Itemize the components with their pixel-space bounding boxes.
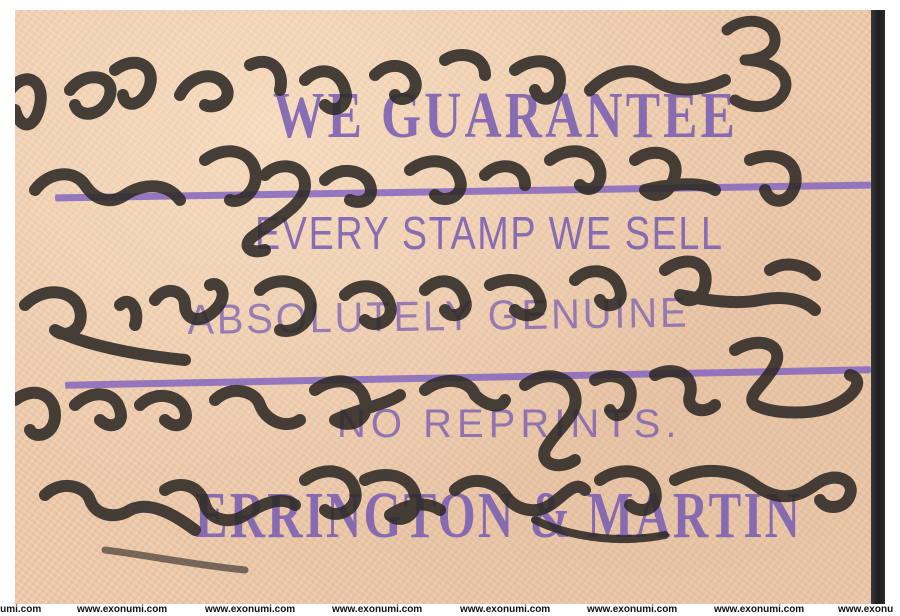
watermark-fragment-leading: numi.com — [0, 604, 41, 615]
watermark-text: www.exonumi.com — [587, 604, 677, 615]
watermark-fragment-trailing: www.exonu — [838, 604, 893, 615]
watermark-text: www.exonumi.com — [205, 604, 295, 615]
watermark-text: www.exonumi.com — [460, 604, 550, 615]
watermark-text: www.exonumi.com — [714, 604, 804, 615]
dark-border-edge — [871, 10, 885, 606]
stamp-paper: WE GUARANTEE EVERY STAMP WE SELL ABSOLUT… — [15, 10, 871, 606]
handwritten-script — [15, 10, 871, 606]
watermark-strip: numi.com www.exonumi.com www.exonumi.com… — [0, 604, 900, 616]
watermark-text: www.exonumi.com — [77, 604, 167, 615]
watermark-text: www.exonumi.com — [332, 604, 422, 615]
